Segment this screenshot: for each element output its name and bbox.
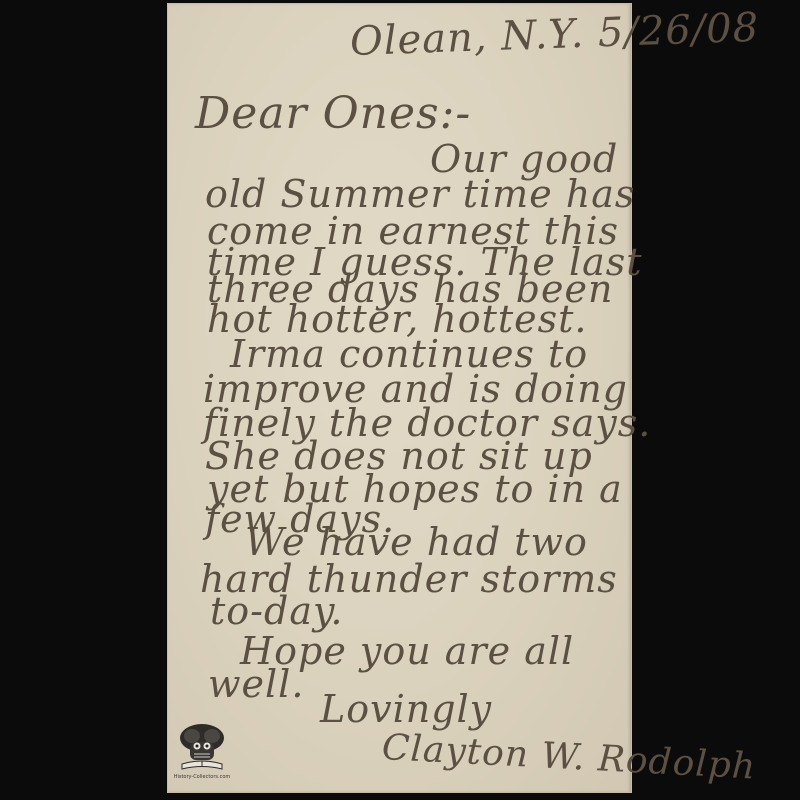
letter-line: well. [208, 665, 304, 703]
closing: Lovingly [320, 690, 492, 728]
owl-on-book-icon [170, 722, 234, 774]
letter-line: old Summer time has [205, 175, 635, 213]
place-date: Olean, N.Y. 5/26/08 [349, 8, 759, 62]
salutation: Dear Ones:- [195, 92, 471, 136]
watermark-label: History-Collectors.com [170, 774, 234, 780]
letter-line: to-day. [210, 592, 343, 630]
watermark-logo: History-Collectors.com [170, 722, 234, 792]
letter-line: We have had two [245, 523, 588, 561]
